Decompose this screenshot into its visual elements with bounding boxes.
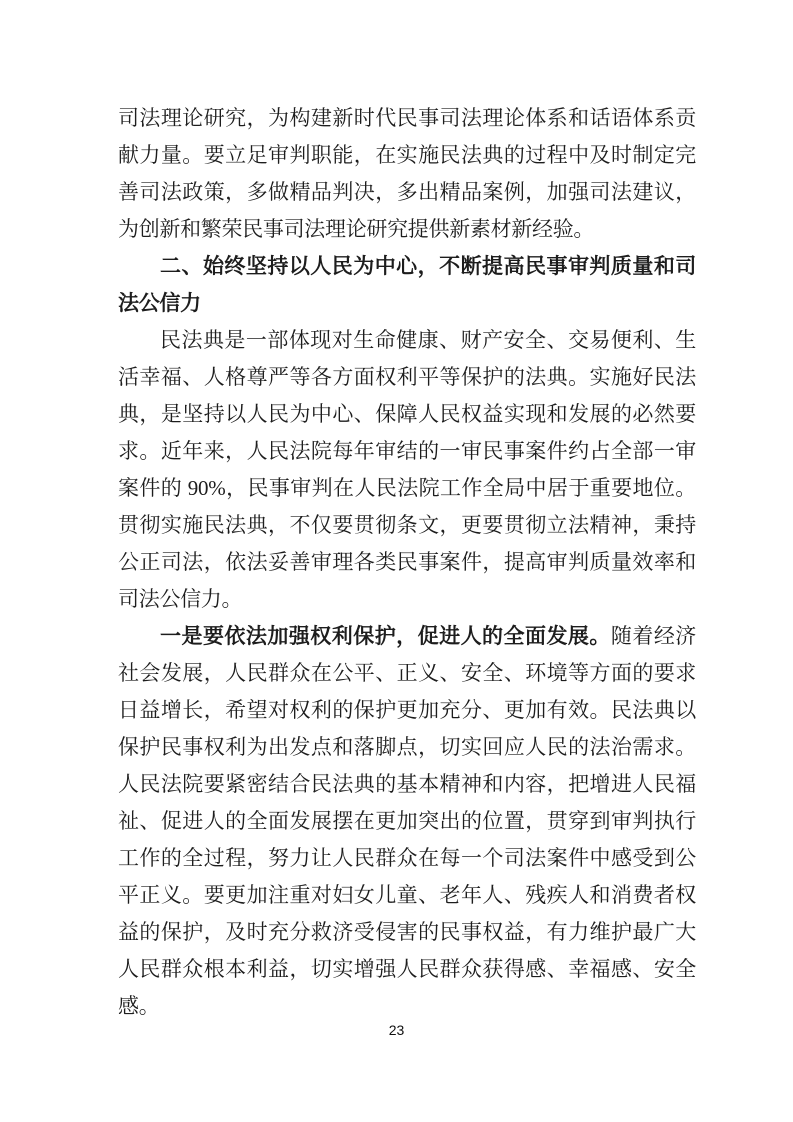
section-heading: 二、始终坚持以人民为中心，不断提高民事审判质量和司法公信力 [118,248,696,322]
paragraph-bold-lead: 一是要依法加强权利保护，促进人的全面发展。 [160,624,611,648]
paragraph-continued: 司法理论研究，为构建新时代民事司法理论体系和话语体系贡献力量。要立足审判职能，在… [118,100,696,248]
paragraph-with-lead: 一是要依法加强权利保护，促进人的全面发展。随着经济社会发展，人民群众在公平、正义… [118,618,696,1025]
document-page: 司法理论研究，为构建新时代民事司法理论体系和话语体系贡献力量。要立足审判职能，在… [0,0,793,1122]
paragraph: 民法典是一部体现对生命健康、财产安全、交易便利、生活幸福、人格尊严等各方面权利平… [118,322,696,618]
paragraph-text: 随着经济社会发展，人民群众在公平、正义、安全、环境等方面的要求日益增长，希望对权… [118,624,696,1018]
document-body: 司法理论研究，为构建新时代民事司法理论体系和话语体系贡献力量。要立足审判职能，在… [118,100,696,1025]
page-number: 23 [0,1022,793,1038]
